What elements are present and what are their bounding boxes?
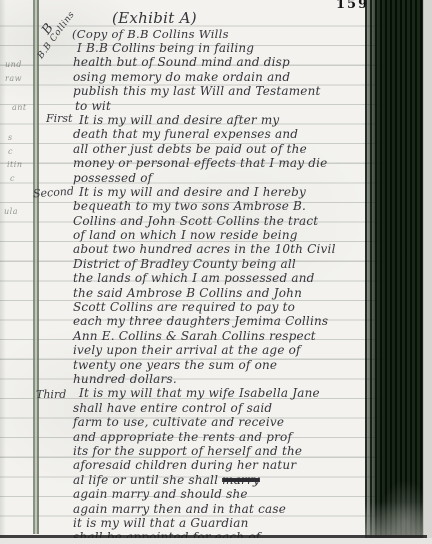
- bleedthrough-fragment: s: [8, 133, 13, 142]
- bleedthrough-fragment: ula: [4, 207, 18, 216]
- copy-subheading: (Copy of B.B Collins Wills: [72, 27, 229, 41]
- manuscript-line: It is my will and desire after my: [73, 113, 383, 127]
- margin-label-first: First: [46, 112, 72, 125]
- scanned-will-page: 159 B B.B Collins (Exhibit A) (Copy of B…: [0, 0, 432, 544]
- manuscript-line: to wit: [73, 99, 383, 113]
- manuscript-line: It is my will and desire and I hereby: [73, 185, 383, 199]
- margin-label-third: Third: [36, 388, 66, 401]
- manuscript-line: possessed of: [73, 171, 383, 185]
- page-number: 159: [336, 0, 376, 12]
- manuscript-line: its for the support of herself and the: [73, 444, 383, 458]
- bleedthrough-fragment: und: [5, 60, 22, 69]
- manuscript-line: health but of Sound mind and disp: [73, 55, 383, 69]
- manuscript-line: al life or until she shallmarry: [73, 473, 383, 487]
- manuscript-line: bequeath to my two sons Ambrose B.: [73, 199, 383, 213]
- bleedthrough-fragment: c: [10, 174, 15, 183]
- manuscript-line: and appropriate the rents and prof: [73, 430, 383, 444]
- manuscript-line: the said Ambrose B Collins and John: [73, 286, 383, 300]
- manuscript-line: shall have entire control of said: [73, 401, 383, 415]
- bleedthrough-fragment: itin: [7, 160, 22, 169]
- bleedthrough-fragment: c: [8, 147, 13, 156]
- manuscript-line: aforesaid children during her natur: [73, 458, 383, 472]
- scan-bottom-strip: [0, 538, 432, 544]
- margin-rule-line: [33, 0, 39, 534]
- manuscript-line: District of Bradley County being all: [73, 257, 383, 271]
- manuscript-line: death that my funeral expenses and: [73, 127, 383, 141]
- struck-out-word: marry: [222, 473, 260, 487]
- manuscript-line: Ann E. Collins & Sarah Collins respect: [73, 329, 383, 343]
- scan-right-edge: [423, 0, 432, 544]
- manuscript-line: I B.B Collins being in failing: [73, 41, 383, 55]
- manuscript-line: Collins and John Scott Collins the tract: [73, 214, 383, 228]
- manuscript-line: it is my will that a Guardian: [73, 516, 383, 530]
- manuscript-line: all other just debts be paid out of the: [73, 142, 383, 156]
- manuscript-line: twenty one years the sum of one: [73, 358, 383, 372]
- exhibit-heading: (Exhibit A): [112, 9, 197, 27]
- manuscript-lines: I B.B Collins being in failinghealth but…: [73, 41, 383, 544]
- manuscript-line: the lands of which I am possessed and: [73, 271, 383, 285]
- manuscript-line: hundred dollars.: [73, 372, 383, 386]
- bleedthrough-fragment: ant: [12, 103, 27, 112]
- bleedthrough-fragment: raw: [5, 74, 22, 83]
- manuscript-line: about two hundred acres in the 10th Civi…: [73, 242, 383, 256]
- manuscript-line: money or personal effects that I may die: [73, 156, 383, 170]
- manuscript-line: It is my will that my wife Isabella Jane: [73, 386, 383, 400]
- manuscript-line: farm to use, cultivate and receive: [73, 415, 383, 429]
- manuscript-line: of land on which I now reside being: [73, 228, 383, 242]
- manuscript-line: each my three daughters Jemima Collins: [73, 314, 383, 328]
- manuscript-line: Scott Collins are required to pay to: [73, 300, 383, 314]
- manuscript-line: osing memory do make ordain and: [73, 70, 383, 84]
- manuscript-line: publish this my last Will and Testament: [73, 84, 383, 98]
- manuscript-line: ively upon their arrival at the age of: [73, 343, 383, 357]
- manuscript-line: again marry then and in that case: [73, 502, 383, 516]
- manuscript-line: again marry and should she: [73, 487, 383, 501]
